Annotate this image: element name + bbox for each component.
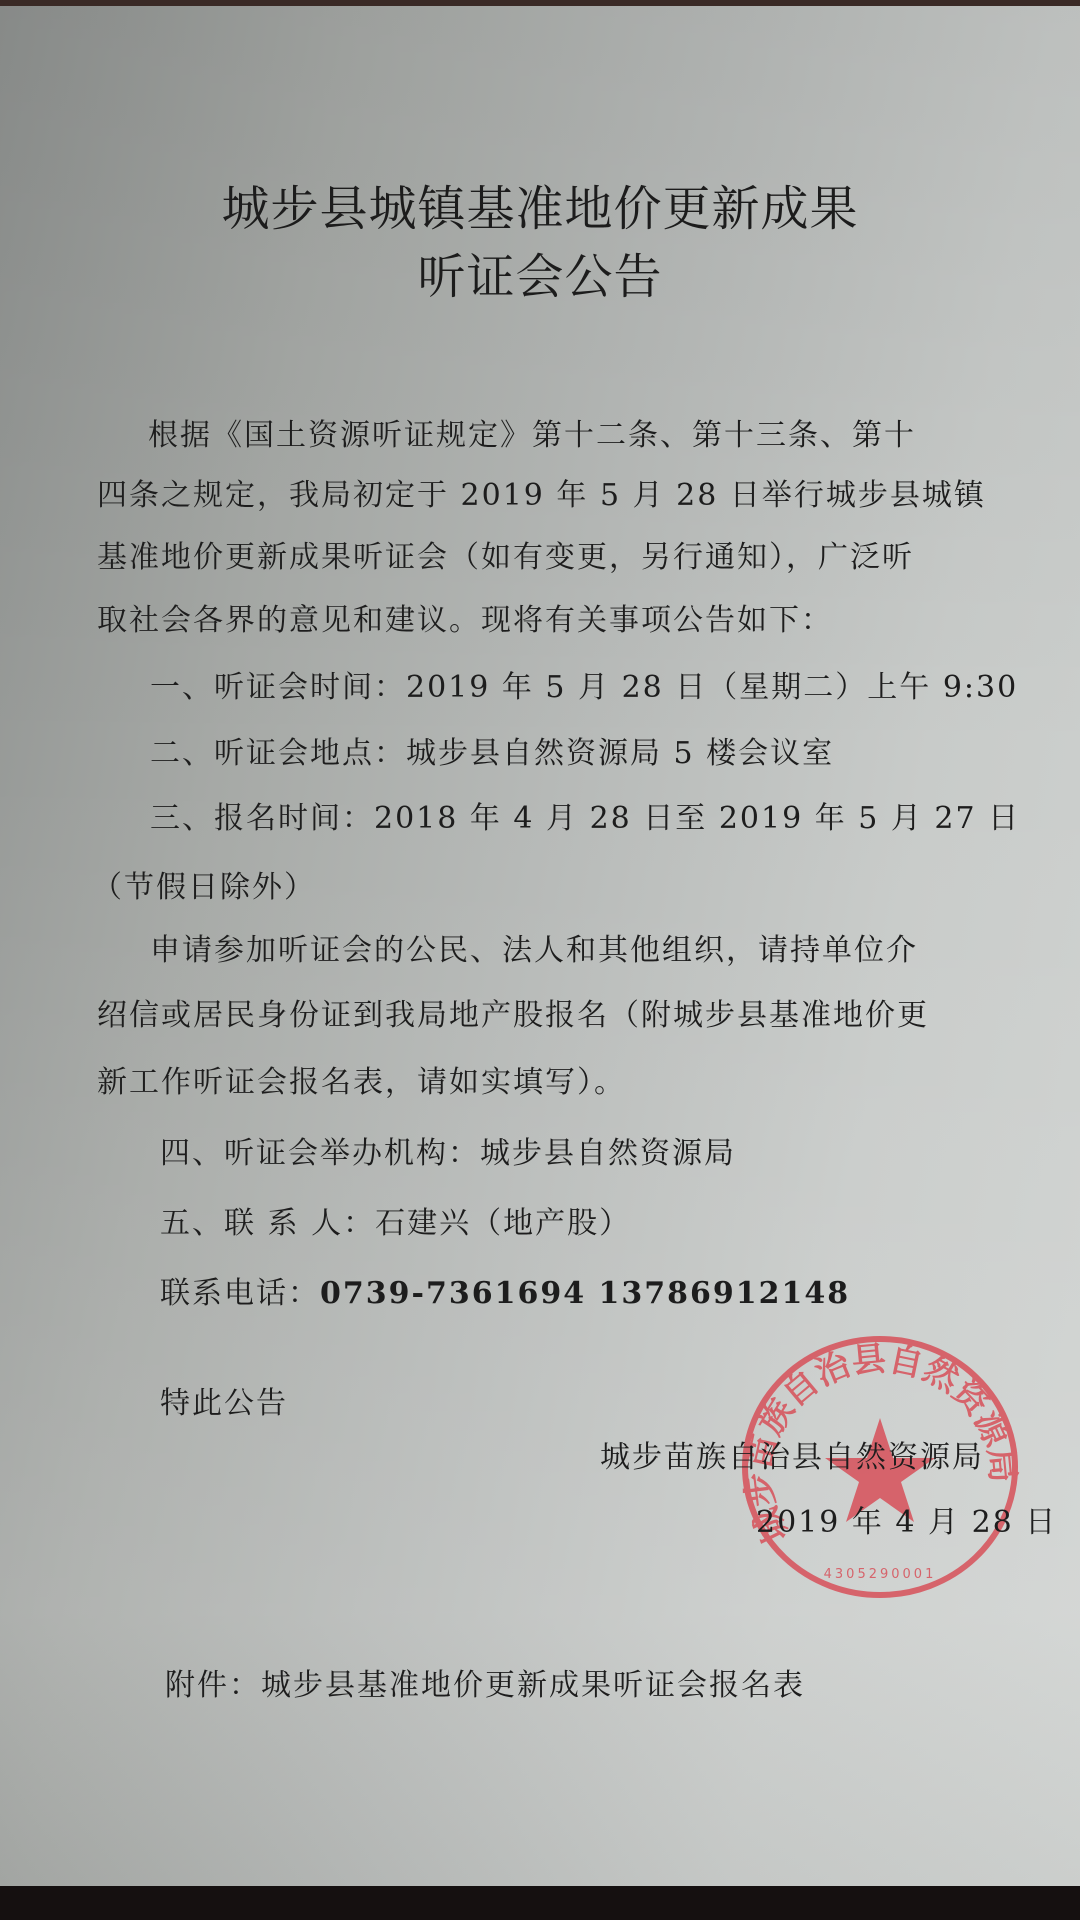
intro-line-1: 根据《国土资源听证规定》第十二条、第十三条、第十 (148, 410, 916, 454)
item-registration-time: 三、报名时间：2018 年 4 月 28 日至 2019 年 5 月 27 日 (150, 793, 1020, 837)
item-contact-person: 五、联 系 人：石建兴（地产股） (160, 1198, 631, 1242)
document-title-line-2: 听证会公告 (0, 238, 1080, 307)
contact-phone-numbers: 0739-7361694 13786912148 (320, 1276, 850, 1311)
intro-line-3: 基准地价更新成果听证会（如有变更，另行通知），广泛听 (97, 532, 914, 576)
item-organizer: 四、听证会举办机构：城步县自然资源局 (160, 1128, 736, 1172)
contact-phone-label: 联系电话： (160, 1276, 320, 1311)
contact-phone-row: 联系电话：0739-7361694 13786912148 (160, 1268, 850, 1312)
background-bottom (0, 1886, 1080, 1920)
application-line-3: 新工作听证会报名表，请如实填写）。 (97, 1057, 626, 1101)
item-hearing-time: 一、听证会时间：2019 年 5 月 28 日（星期二）上午 9:30 (150, 662, 1018, 706)
intro-line-4: 取社会各界的意见和建议。现将有关事项公告如下： (97, 595, 833, 639)
document-title-line-1: 城步县城镇基准地价更新成果 (0, 170, 1080, 239)
application-line-1: 申请参加听证会的公民、法人和其他组织，请持单位介 (150, 925, 918, 969)
attachment-line: 附件：城步县基准地价更新成果听证会报名表 (165, 1660, 805, 1704)
issuer-name: 城步苗族自治县自然资源局 (600, 1432, 984, 1476)
application-line-2: 绍信或居民身份证到我局地产股报名（附城步县基准地价更 (97, 990, 929, 1034)
item-registration-note: （节假日除外） (92, 862, 316, 906)
intro-line-2: 四条之规定，我局初定于 2019 年 5 月 28 日举行城步县城镇 (97, 470, 986, 514)
item-hearing-location: 二、听证会地点：城步县自然资源局 5 楼会议室 (150, 728, 834, 772)
issue-date: 2019 年 4 月 28 日 (756, 1497, 1057, 1541)
svg-text:4305290001: 4305290001 (824, 1567, 937, 1582)
closing-text: 特此公告 (160, 1378, 288, 1422)
